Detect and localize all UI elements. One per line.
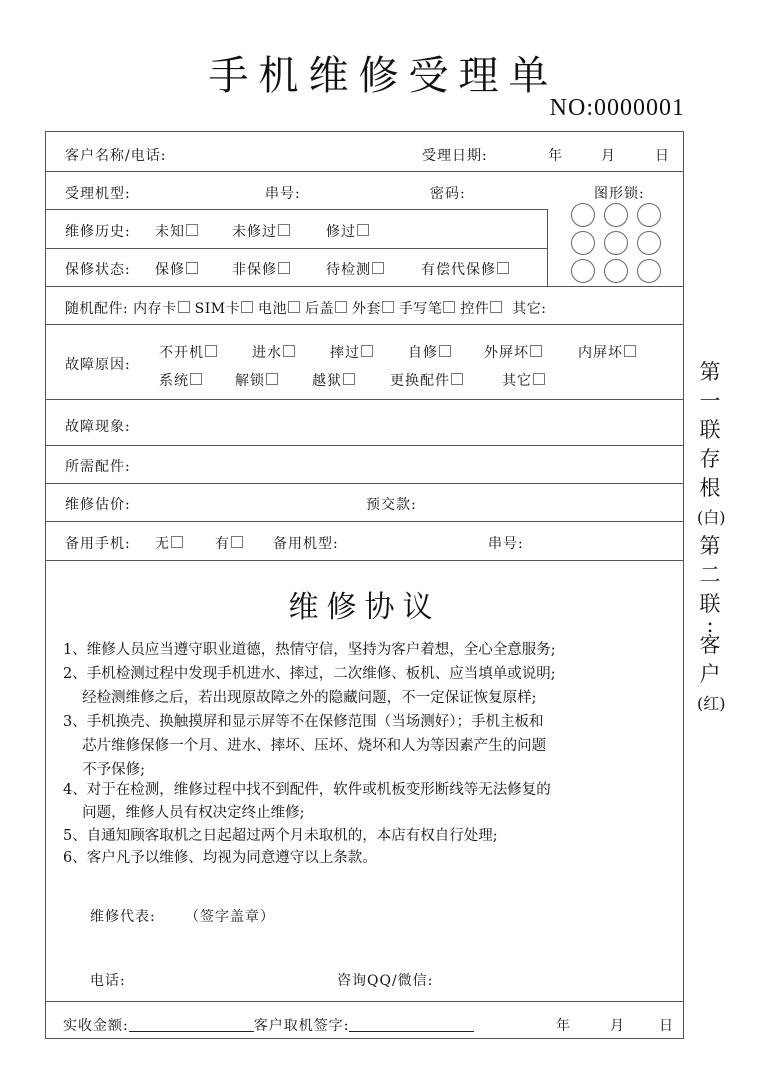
clause: 6、客户凡予以维修、均视为同意遵守以上条款。 xyxy=(63,846,377,867)
date-label: 受理日期: xyxy=(422,145,488,165)
accessories-label: 随机配件: xyxy=(65,301,128,317)
checkbox[interactable] xyxy=(343,373,355,385)
clause: 5、自通知顾客取机之日起超过两个月未取机的，本店有权自行处理; xyxy=(63,824,498,845)
checkbox[interactable] xyxy=(357,224,369,236)
fault-option[interactable]: 摔过 xyxy=(330,342,373,362)
option-label: 未知 xyxy=(155,224,185,240)
option-label: 有偿代保修 xyxy=(421,262,496,278)
parts-label: 所需配件: xyxy=(65,456,131,476)
clause: 经检测维修之后，若出现原故障之外的隐藏问题，不一定保证恢复原样; xyxy=(63,686,537,707)
signature-label: 客户取机签字: xyxy=(254,1018,350,1034)
copy-note: 第一联存根(白)第二联:客户(红) xyxy=(697,358,723,718)
checkbox[interactable] xyxy=(372,262,384,274)
footer-row: 实收金额:客户取机签字: xyxy=(63,1015,474,1035)
accessories-other-label: 其它: xyxy=(512,301,546,317)
fault-option[interactable]: 不开机 xyxy=(159,342,217,362)
divider xyxy=(45,248,547,249)
symptom-label: 故障现象: xyxy=(65,416,131,436)
clause: 3、手机换壳、换触摸屏和显示屏等不在保修范围（当场测好）；手机主板和 xyxy=(63,710,543,731)
checkbox[interactable] xyxy=(283,345,295,357)
checkbox[interactable] xyxy=(266,373,278,385)
estimate-label: 维修估价: xyxy=(65,494,131,514)
pattern-dot xyxy=(604,259,628,283)
footer-day: 日 xyxy=(659,1015,674,1035)
checkbox[interactable] xyxy=(171,536,183,548)
divider xyxy=(45,399,684,400)
clause: 2、手机检测过程中发现手机进水、摔过，二次维修、板机、应当填单或说明; xyxy=(63,662,556,683)
pattern-dot xyxy=(571,203,595,227)
signature-field[interactable] xyxy=(349,1017,474,1032)
checkbox[interactable] xyxy=(382,301,394,313)
model-label: 受理机型: xyxy=(65,183,131,203)
serial-label: 串号: xyxy=(265,183,301,203)
fault-option[interactable]: 解锁 xyxy=(235,370,278,390)
history-option-repaired[interactable]: 修过 xyxy=(326,221,369,241)
divider xyxy=(45,521,684,522)
divider xyxy=(45,324,684,325)
divider xyxy=(45,445,684,446)
pattern-dot xyxy=(571,231,595,255)
checkbox[interactable] xyxy=(497,262,509,274)
accessory-option[interactable]: 控件 xyxy=(460,301,502,317)
clause: 问题，维修人员有权决定终止维修; xyxy=(63,801,305,822)
accessory-option[interactable]: SIM卡 xyxy=(195,301,253,317)
checkbox[interactable] xyxy=(490,301,502,313)
checkbox[interactable] xyxy=(178,301,190,313)
checkbox[interactable] xyxy=(288,301,300,313)
warranty-label: 保修状态: xyxy=(65,259,131,279)
pattern-dot xyxy=(571,259,595,283)
date-month: 月 xyxy=(601,145,616,165)
divider xyxy=(45,1001,684,1002)
checkbox[interactable] xyxy=(439,345,451,357)
agreement-title: 维修协议 xyxy=(45,582,684,626)
spare-serial-label: 串号: xyxy=(488,533,524,553)
option-label: 非保修 xyxy=(232,262,277,278)
history-option-unknown[interactable]: 未知 xyxy=(155,221,198,241)
accessory-option[interactable]: 后盖 xyxy=(305,301,347,317)
spare-option-yes[interactable]: 有 xyxy=(215,533,243,553)
divider xyxy=(45,483,684,484)
fault-option[interactable]: 内屏坏 xyxy=(578,342,636,362)
footer-month: 月 xyxy=(610,1015,625,1035)
form-title: 手机维修受理单 xyxy=(0,44,767,101)
footer-year: 年 xyxy=(556,1015,571,1035)
fault-option[interactable]: 其它 xyxy=(502,370,545,390)
checkbox[interactable] xyxy=(231,536,243,548)
pattern-dot xyxy=(637,231,661,255)
warranty-option[interactable]: 保修 xyxy=(155,259,198,279)
warranty-option[interactable]: 非保修 xyxy=(232,259,290,279)
clause: 1、维修人员应当遵守职业道德，热情守信，坚持为客户着想，全心全意服务; xyxy=(63,638,556,659)
option-label: 修过 xyxy=(326,224,356,240)
checkbox[interactable] xyxy=(361,345,373,357)
divider xyxy=(45,560,684,561)
date-year: 年 xyxy=(548,145,563,165)
accessory-option[interactable]: 手写笔 xyxy=(399,301,456,317)
checkbox[interactable] xyxy=(241,301,253,313)
checkbox[interactable] xyxy=(278,262,290,274)
clause: 4、对于在检测，维修过程中找不到配件，软件或机板变形断线等无法修复的 xyxy=(63,778,551,799)
qq-label: 咨询QQ/微信: xyxy=(337,970,433,990)
pattern-dot xyxy=(637,259,661,283)
phone-label: 电话: xyxy=(90,970,126,990)
rep-label: 维修代表: xyxy=(90,906,156,926)
inner-box-edge xyxy=(547,209,548,287)
clause: 不予保修; xyxy=(63,758,145,779)
warranty-option[interactable]: 待检测 xyxy=(326,259,384,279)
checkbox[interactable] xyxy=(190,373,202,385)
checkbox[interactable] xyxy=(205,345,217,357)
password-label: 密码: xyxy=(430,183,466,203)
history-option-never[interactable]: 未修过 xyxy=(232,221,290,241)
amount-field[interactable] xyxy=(129,1017,254,1032)
fault-option[interactable]: 越狱 xyxy=(312,370,355,390)
pattern-dot xyxy=(604,203,628,227)
fault-option[interactable]: 进水 xyxy=(252,342,295,362)
divider xyxy=(45,209,547,210)
accessory-option[interactable]: 内存卡 xyxy=(133,301,190,317)
checkbox[interactable] xyxy=(335,301,347,313)
checkbox[interactable] xyxy=(624,345,636,357)
clause: 芯片维修保修一个月、进水、摔坏、压坏、烧坏和人为等因素产生的问题 xyxy=(63,734,546,755)
checkbox[interactable] xyxy=(533,373,545,385)
checkbox[interactable] xyxy=(530,345,542,357)
form-number: NO:0000001 xyxy=(550,95,685,122)
pattern-dot xyxy=(604,231,628,255)
pattern-lock-label: 图形锁: xyxy=(594,183,645,203)
customer-label: 客户名称/电话: xyxy=(65,145,166,165)
checkbox[interactable] xyxy=(443,301,455,313)
spare-label: 备用手机: xyxy=(65,533,131,553)
deposit-label: 预交款: xyxy=(366,494,417,514)
fault-option[interactable]: 更换配件 xyxy=(390,370,463,390)
spare-option-none[interactable]: 无 xyxy=(155,533,183,553)
accessory-option[interactable]: 电池 xyxy=(258,301,300,317)
checkbox[interactable] xyxy=(186,262,198,274)
checkbox[interactable] xyxy=(186,224,198,236)
fault-cause-label: 故障原因: xyxy=(65,354,131,374)
option-label: 保修 xyxy=(155,262,185,278)
pattern-dot xyxy=(637,203,661,227)
fault-option[interactable]: 系统 xyxy=(159,370,202,390)
fault-option[interactable]: 外屏坏 xyxy=(484,342,542,362)
warranty-option[interactable]: 有偿代保修 xyxy=(421,259,509,279)
spare-model-label: 备用机型: xyxy=(273,533,339,553)
option-label: 未修过 xyxy=(232,224,277,240)
date-day: 日 xyxy=(655,145,670,165)
option-label: 待检测 xyxy=(326,262,371,278)
fault-option[interactable]: 自修 xyxy=(408,342,451,362)
amount-label: 实收金额: xyxy=(63,1018,129,1034)
history-label: 维修历史: xyxy=(65,221,131,241)
divider xyxy=(45,286,684,287)
checkbox[interactable] xyxy=(278,224,290,236)
accessory-option[interactable]: 外套 xyxy=(352,301,394,317)
rep-note: （签字盖章） xyxy=(185,906,275,926)
accessories-row: 随机配件: 内存卡 SIM卡 电池 后盖 外套 手写笔 控件 其它: xyxy=(65,298,546,318)
divider xyxy=(45,171,684,172)
checkbox[interactable] xyxy=(451,373,463,385)
